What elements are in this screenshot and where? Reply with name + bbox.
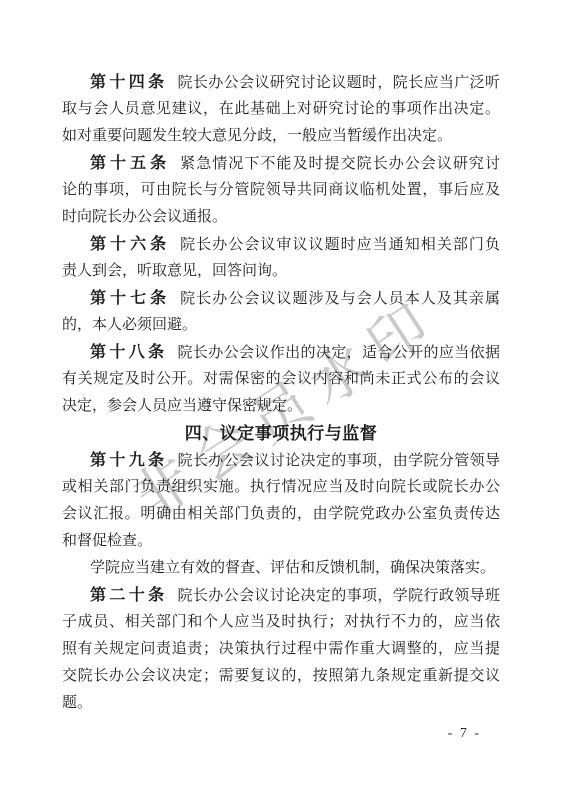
article-number: 第十九条 [90,452,168,469]
document-line: 如对重要问题发生较大意见分歧，一般应当暂缓作出决定。 [62,123,500,150]
article-number: 第十八条 [90,344,168,361]
document-line: 和督促检查。 [62,528,500,555]
article-number: 第二十条 [90,587,168,604]
document-line: 子成员、相关部门和个人应当及时执行；对执行不力的，应当依 [62,609,500,636]
document-line: 会议汇报。明确由相关部门负责的，由学院党政办公室负责传达 [62,501,500,528]
article-number: 第十五条 [90,155,170,172]
line-text: 院长办公会议作出的决定，适合公开的应当依据 [178,345,500,361]
section-heading: 四、议定事项执行与监督 [62,420,500,447]
document-line: 的，本人必须回避。 [62,312,500,339]
document-line: 交院长办公会议决定；需要复议的，按照第九条规定重新提交议 [62,663,500,690]
document-line: 取与会人员意见建议，在此基础上对研究讨论的事项作出决定。 [62,96,500,123]
document-line: 第十八条院长办公会议作出的决定，适合公开的应当依据 [62,339,500,366]
document-line: 有关规定及时公开。对需保密的会议内容和尚未正式公布的会议 [62,366,500,393]
document-page: 非会员水印 第十四条院长办公会议研究讨论议题时，院长应当广泛听取与会人员意见建议… [0,0,565,800]
document-line: 第十九条院长办公会议讨论决定的事项，由学院分管领导 [62,447,500,474]
page-number: - 7 - [448,726,481,742]
document-line: 责人到会，听取意见，回答问询。 [62,258,500,285]
document-line: 第十七条院长办公会议议题涉及与会人员本人及其亲属 [62,285,500,312]
document-line: 时向院长办公会议通报。 [62,204,500,231]
article-number: 第十七条 [90,290,170,307]
document-line: 第二十条院长办公会议讨论决定的事项，学院行政领导班 [62,582,500,609]
article-number: 第十四条 [90,74,168,91]
line-text: 紧急情况下不能及时提交院长办公会议研究讨 [180,156,500,172]
document-line: 决定，参会人员应当遵守保密规定。 [62,393,500,420]
document-body: 第十四条院长办公会议研究讨论议题时，院长应当广泛听取与会人员意见建议，在此基础上… [62,69,500,717]
line-text: 院长办公会议研究讨论议题时，院长应当广泛听 [178,75,500,91]
line-text: 院长办公会议议题涉及与会人员本人及其亲属 [180,291,500,307]
article-number: 第十六条 [90,236,170,253]
document-line: 或相关部门负责组织实施。执行情况应当及时向院长或院长办公 [62,474,500,501]
document-line: 学院应当建立有效的督查、评估和反馈机制，确保决策落实。 [62,555,500,582]
document-line: 照有关规定问责追责；决策执行过程中需作重大调整的，应当提 [62,636,500,663]
document-line: 第十四条院长办公会议研究讨论议题时，院长应当广泛听 [62,69,500,96]
line-text: 院长办公会议讨论决定的事项，学院行政领导班 [178,588,500,604]
line-text: 院长办公会议讨论决定的事项，由学院分管领导 [178,453,500,469]
document-line: 第十六条院长办公会议审议议题时应当通知相关部门负 [62,231,500,258]
line-text: 院长办公会议审议议题时应当通知相关部门负 [180,237,500,253]
document-line: 题。 [62,690,500,717]
document-line: 第十五条紧急情况下不能及时提交院长办公会议研究讨 [62,150,500,177]
document-line: 论的事项，可由院长与分管院领导共同商议临机处置，事后应及 [62,177,500,204]
